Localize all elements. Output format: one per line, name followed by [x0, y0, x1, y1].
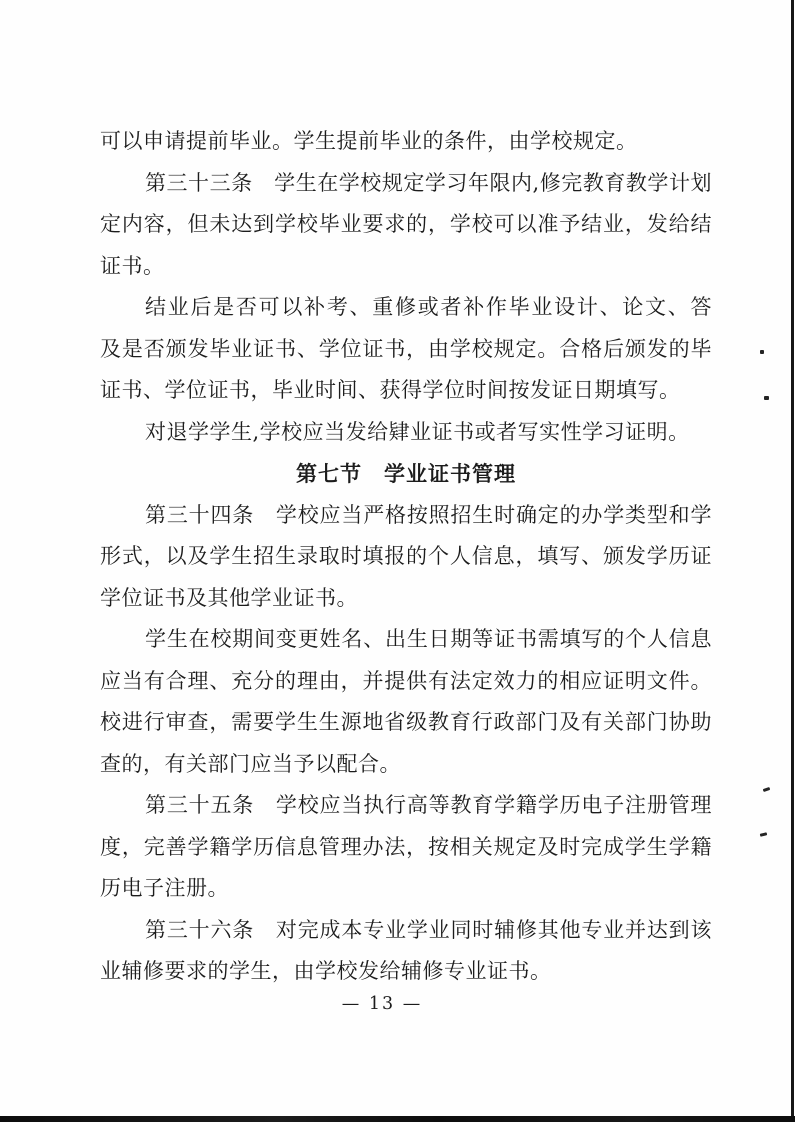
scan-speck — [760, 350, 764, 354]
document-line-article-33: 第三十三条 学生在学校规定学习年限内,修完教育教学计划规 — [100, 163, 712, 205]
document-page: 可以申请提前毕业。学生提前毕业的条件，由学校规定。 第三十三条 学生在学校规定学… — [0, 0, 795, 1123]
document-line: 结业后是否可以补考、重修或者补作毕业设计、论文、答辩，以 — [100, 287, 712, 329]
document-line: 查的，有关部门应当予以配合。 — [100, 744, 712, 786]
page-number: — 13 — — [76, 994, 688, 1014]
document-line: 应当有合理、充分的理由，并提供有法定效力的相应证明文件。学 — [100, 661, 712, 703]
document-line: 定内容，但未达到学校毕业要求的，学校可以准予结业，发给结业 — [100, 204, 712, 246]
document-line: 可以申请提前毕业。学生提前毕业的条件，由学校规定。 — [100, 121, 712, 163]
document-line: 历电子注册。 — [100, 868, 712, 910]
scan-speck — [760, 832, 768, 837]
document-line-article-36: 第三十六条 对完成本专业学业同时辅修其他专业并达到该专 — [100, 910, 712, 952]
document-line-article-35: 第三十五条 学校应当执行高等教育学籍学历电子注册管理制 — [100, 785, 712, 827]
document-line: 对退学学生,学校应当发给肄业证书或者写实性学习证明。 — [100, 412, 712, 454]
document-line: 形式，以及学生招生录取时填报的个人信息，填写、颁发学历证书、 — [100, 536, 712, 578]
document-line: 业辅修要求的学生，由学校发给辅修专业证书。 — [100, 951, 712, 993]
document-line: 学生在校期间变更姓名、出生日期等证书需填写的个人信息的， — [100, 619, 712, 661]
scan-border-right — [791, 0, 794, 1121]
document-body: 可以申请提前毕业。学生提前毕业的条件，由学校规定。 第三十三条 学生在学校规定学… — [100, 121, 712, 993]
document-line: 度，完善学籍学历信息管理办法，按相关规定及时完成学生学籍学 — [100, 827, 712, 869]
document-line: 校进行审查，需要学生生源地省级教育行政部门及有关部门协助核 — [100, 702, 712, 744]
scan-speck — [763, 787, 771, 792]
document-line-article-34: 第三十四条 学校应当严格按照招生时确定的办学类型和学习 — [100, 495, 712, 537]
document-line: 学位证书及其他学业证书。 — [100, 578, 712, 620]
document-line: 证书。 — [100, 246, 712, 288]
scan-speck — [764, 396, 769, 400]
document-line: 证书、学位证书，毕业时间、获得学位时间按发证日期填写。 — [100, 370, 712, 412]
document-line: 及是否颁发毕业证书、学位证书，由学校规定。合格后颁发的毕业 — [100, 329, 712, 371]
section-heading: 第七节 学业证书管理 — [100, 453, 712, 495]
scan-border-bottom — [0, 1116, 795, 1122]
